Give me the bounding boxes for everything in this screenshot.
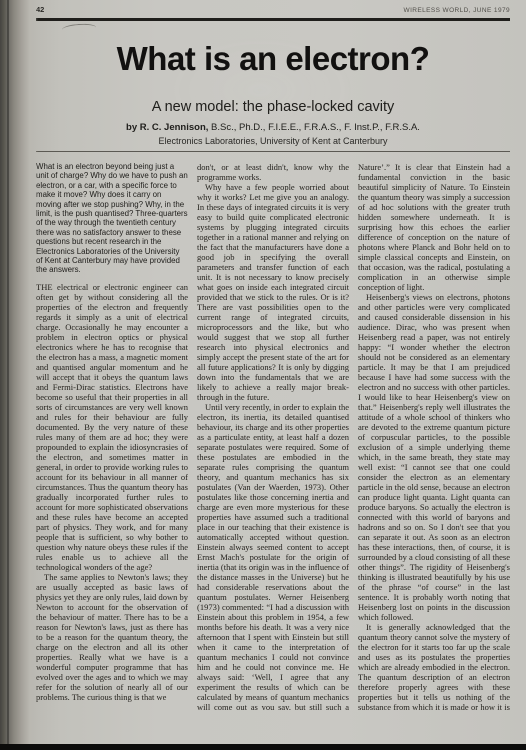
standfirst: What is an electron beyond being just a …	[36, 162, 188, 275]
paragraph: Nature’.” It is clear that Einstein had …	[358, 162, 510, 292]
paragraph: Why have a few people worried about why …	[197, 182, 349, 402]
byline-rule	[36, 151, 510, 152]
paragraph: THE electrical or electronic engineer ca…	[36, 282, 188, 572]
byline: by R. C. Jennison, B.Sc., Ph.D., F.I.E.E…	[36, 122, 510, 133]
paragraph: don't, or at least didn't, know why the …	[197, 162, 349, 182]
article-subtitle: A new model: the phase-locked cavity	[36, 99, 510, 115]
paragraph: It is generally acknowledged that the qu…	[358, 622, 510, 710]
paragraph: Heisenberg's views on electrons, photons…	[358, 292, 510, 622]
column-right: Nature’.” It is clear that Einstein had …	[358, 162, 510, 710]
column-left-body: THE electrical or electronic engineer ca…	[36, 282, 188, 702]
column-right-body: Nature’.” It is clear that Einstein had …	[358, 162, 510, 710]
author-name: by R. C. Jennison,	[126, 122, 208, 133]
paragraph: Until very recently, in order to explain…	[197, 402, 349, 710]
column-left: What is an electron beyond being just a …	[36, 162, 188, 710]
column-middle: don't, or at least didn't, know why the …	[197, 162, 349, 710]
paragraph: The same applies to Newton's laws; they …	[36, 572, 188, 702]
binding-edge-line	[7, 0, 9, 750]
author-affiliation: Electronics Laboratories, University of …	[36, 136, 510, 146]
scan-scratch-mark	[62, 23, 97, 34]
header-rule	[36, 18, 510, 21]
article-title: What is an electron?	[36, 40, 510, 78]
page-header: 42 WIRELESS WORLD, JUNE 1979	[36, 5, 510, 14]
column-middle-body: don't, or at least didn't, know why the …	[197, 162, 349, 710]
magazine-page: 42 WIRELESS WORLD, JUNE 1979 What is an …	[0, 0, 526, 750]
binding-shadow	[0, 0, 38, 750]
article-columns: What is an electron beyond being just a …	[36, 162, 510, 710]
journal-title: WIRELESS WORLD, JUNE 1979	[404, 7, 510, 14]
scan-bottom-edge	[0, 744, 526, 750]
author-qualifications: B.Sc., Ph.D., F.I.E.E., F.R.A.S., F. Ins…	[208, 122, 420, 133]
